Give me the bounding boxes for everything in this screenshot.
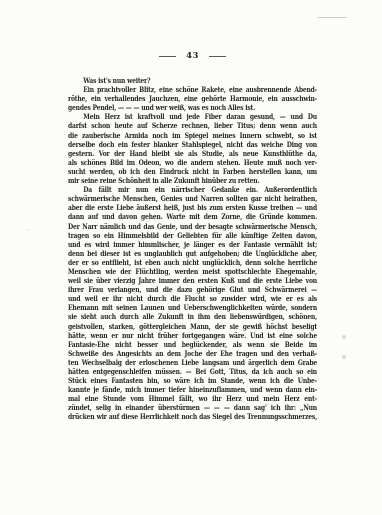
text-line: mir seine reine Schönheit in alle Zukunf… — [68, 176, 317, 185]
scan-artifact-speck — [342, 355, 346, 359]
text-line: denn bei dieser ist es unglaublich gut a… — [68, 249, 317, 258]
text-line: geistvollen, starken, göttergleichen Man… — [68, 322, 317, 331]
text-line: dann auf und davon gehen. Warte mit dem … — [68, 212, 317, 221]
header-rule-left — [159, 56, 176, 57]
text-line: als schönes Bild im Odeon, wo die andern… — [68, 158, 317, 167]
text-line: gestern. Vor der Hand bleibt sie als Stu… — [68, 149, 317, 158]
text-line: Da fällt mir nun ein närrischer Gedanke … — [68, 185, 317, 194]
text-line: sie sieht auch durch alle Zukunft in ihm… — [68, 312, 317, 321]
text-line: Der Narr nämlich und das Genie, und der … — [68, 222, 317, 231]
page-header: 43 — [68, 50, 317, 62]
text-line: Ehemann mit seinen Launen und Ueberschwe… — [68, 303, 317, 312]
text-line: drücken wir auf diese Herrlichkeit noch … — [68, 412, 317, 421]
text-line: und weil er ihr nicht durch die Flucht s… — [68, 294, 317, 303]
text-line: aber die erste Liebe äußerst heiß, just … — [68, 203, 317, 212]
text-line: zündet, selig in einander überstürmen — … — [68, 403, 317, 412]
text-line: Stück eines Fantasten bin, so wäre ich i… — [68, 376, 317, 385]
scan-artifact-speck — [27, 229, 29, 231]
text-line: kannte je fände, mich immer tiefer hinei… — [68, 385, 317, 394]
text-line: sucht werden, ob ich den Eindruck nicht … — [68, 167, 317, 176]
text-line: Fantasie-Ehe nicht besser und beglückend… — [68, 340, 317, 349]
text-line: schwärmerische Menschen, Genies und Narr… — [68, 194, 317, 203]
page-number: 43 — [186, 50, 199, 62]
text-line: gendes Pendel, — — — und wer weiß, was e… — [68, 103, 317, 112]
text-line: mal eine Stunde vom Himmel fällt, wo ihr… — [68, 394, 317, 403]
text-line: Schweiße des Angesichts an dem Joche der… — [68, 349, 317, 358]
text-line: tragen so ein Himmelsbild der Geliebten … — [68, 231, 317, 240]
scan-artifact-line — [318, 17, 347, 18]
text-line: hätte, wenn er nur nicht früher fortgega… — [68, 331, 317, 340]
text-line: darfst schon heute auf Scherze rechnen, … — [68, 121, 317, 130]
text-line: Ein prachtvoller Blitz, eine schöne Rake… — [68, 85, 317, 94]
text-line: Mein Herz ist kraftvoll und jede Fiber d… — [68, 112, 317, 121]
text-line: die zauberische Armida noch im Spiegel m… — [68, 131, 317, 140]
scan-artifact-speck — [342, 335, 346, 339]
text-line: weil sie über vierzig Jahre immer den er… — [68, 276, 317, 285]
text-line: ten Wechselbalg der erloschenen Liebe la… — [68, 358, 317, 367]
text-line: Menschen wie der Flüchtling, werden meis… — [68, 267, 317, 276]
text-line: derselbe doch ein fester blanker Stahlsp… — [68, 140, 317, 149]
text-line: Was ist's nun weiter? — [68, 76, 317, 85]
scanned-page: 43 Was ist's nun weiter?Ein prachtvoller… — [0, 0, 382, 515]
text-line: röthe, ein verhallendes Jauchzen, eine g… — [68, 94, 317, 103]
text-line: hätten entgegenschleifen müssen. — Bei G… — [68, 367, 317, 376]
text-block: Was ist's nun weiter?Ein prachtvoller Bl… — [68, 76, 317, 422]
text-line: der er so entflieht, ist eben auch nicht… — [68, 258, 317, 267]
text-line: und es wird immer himmlischer, je länger… — [68, 240, 317, 249]
header-rule-right — [209, 56, 226, 57]
text-line: ihrer Frau verlangen, und die dazu gehör… — [68, 285, 317, 294]
